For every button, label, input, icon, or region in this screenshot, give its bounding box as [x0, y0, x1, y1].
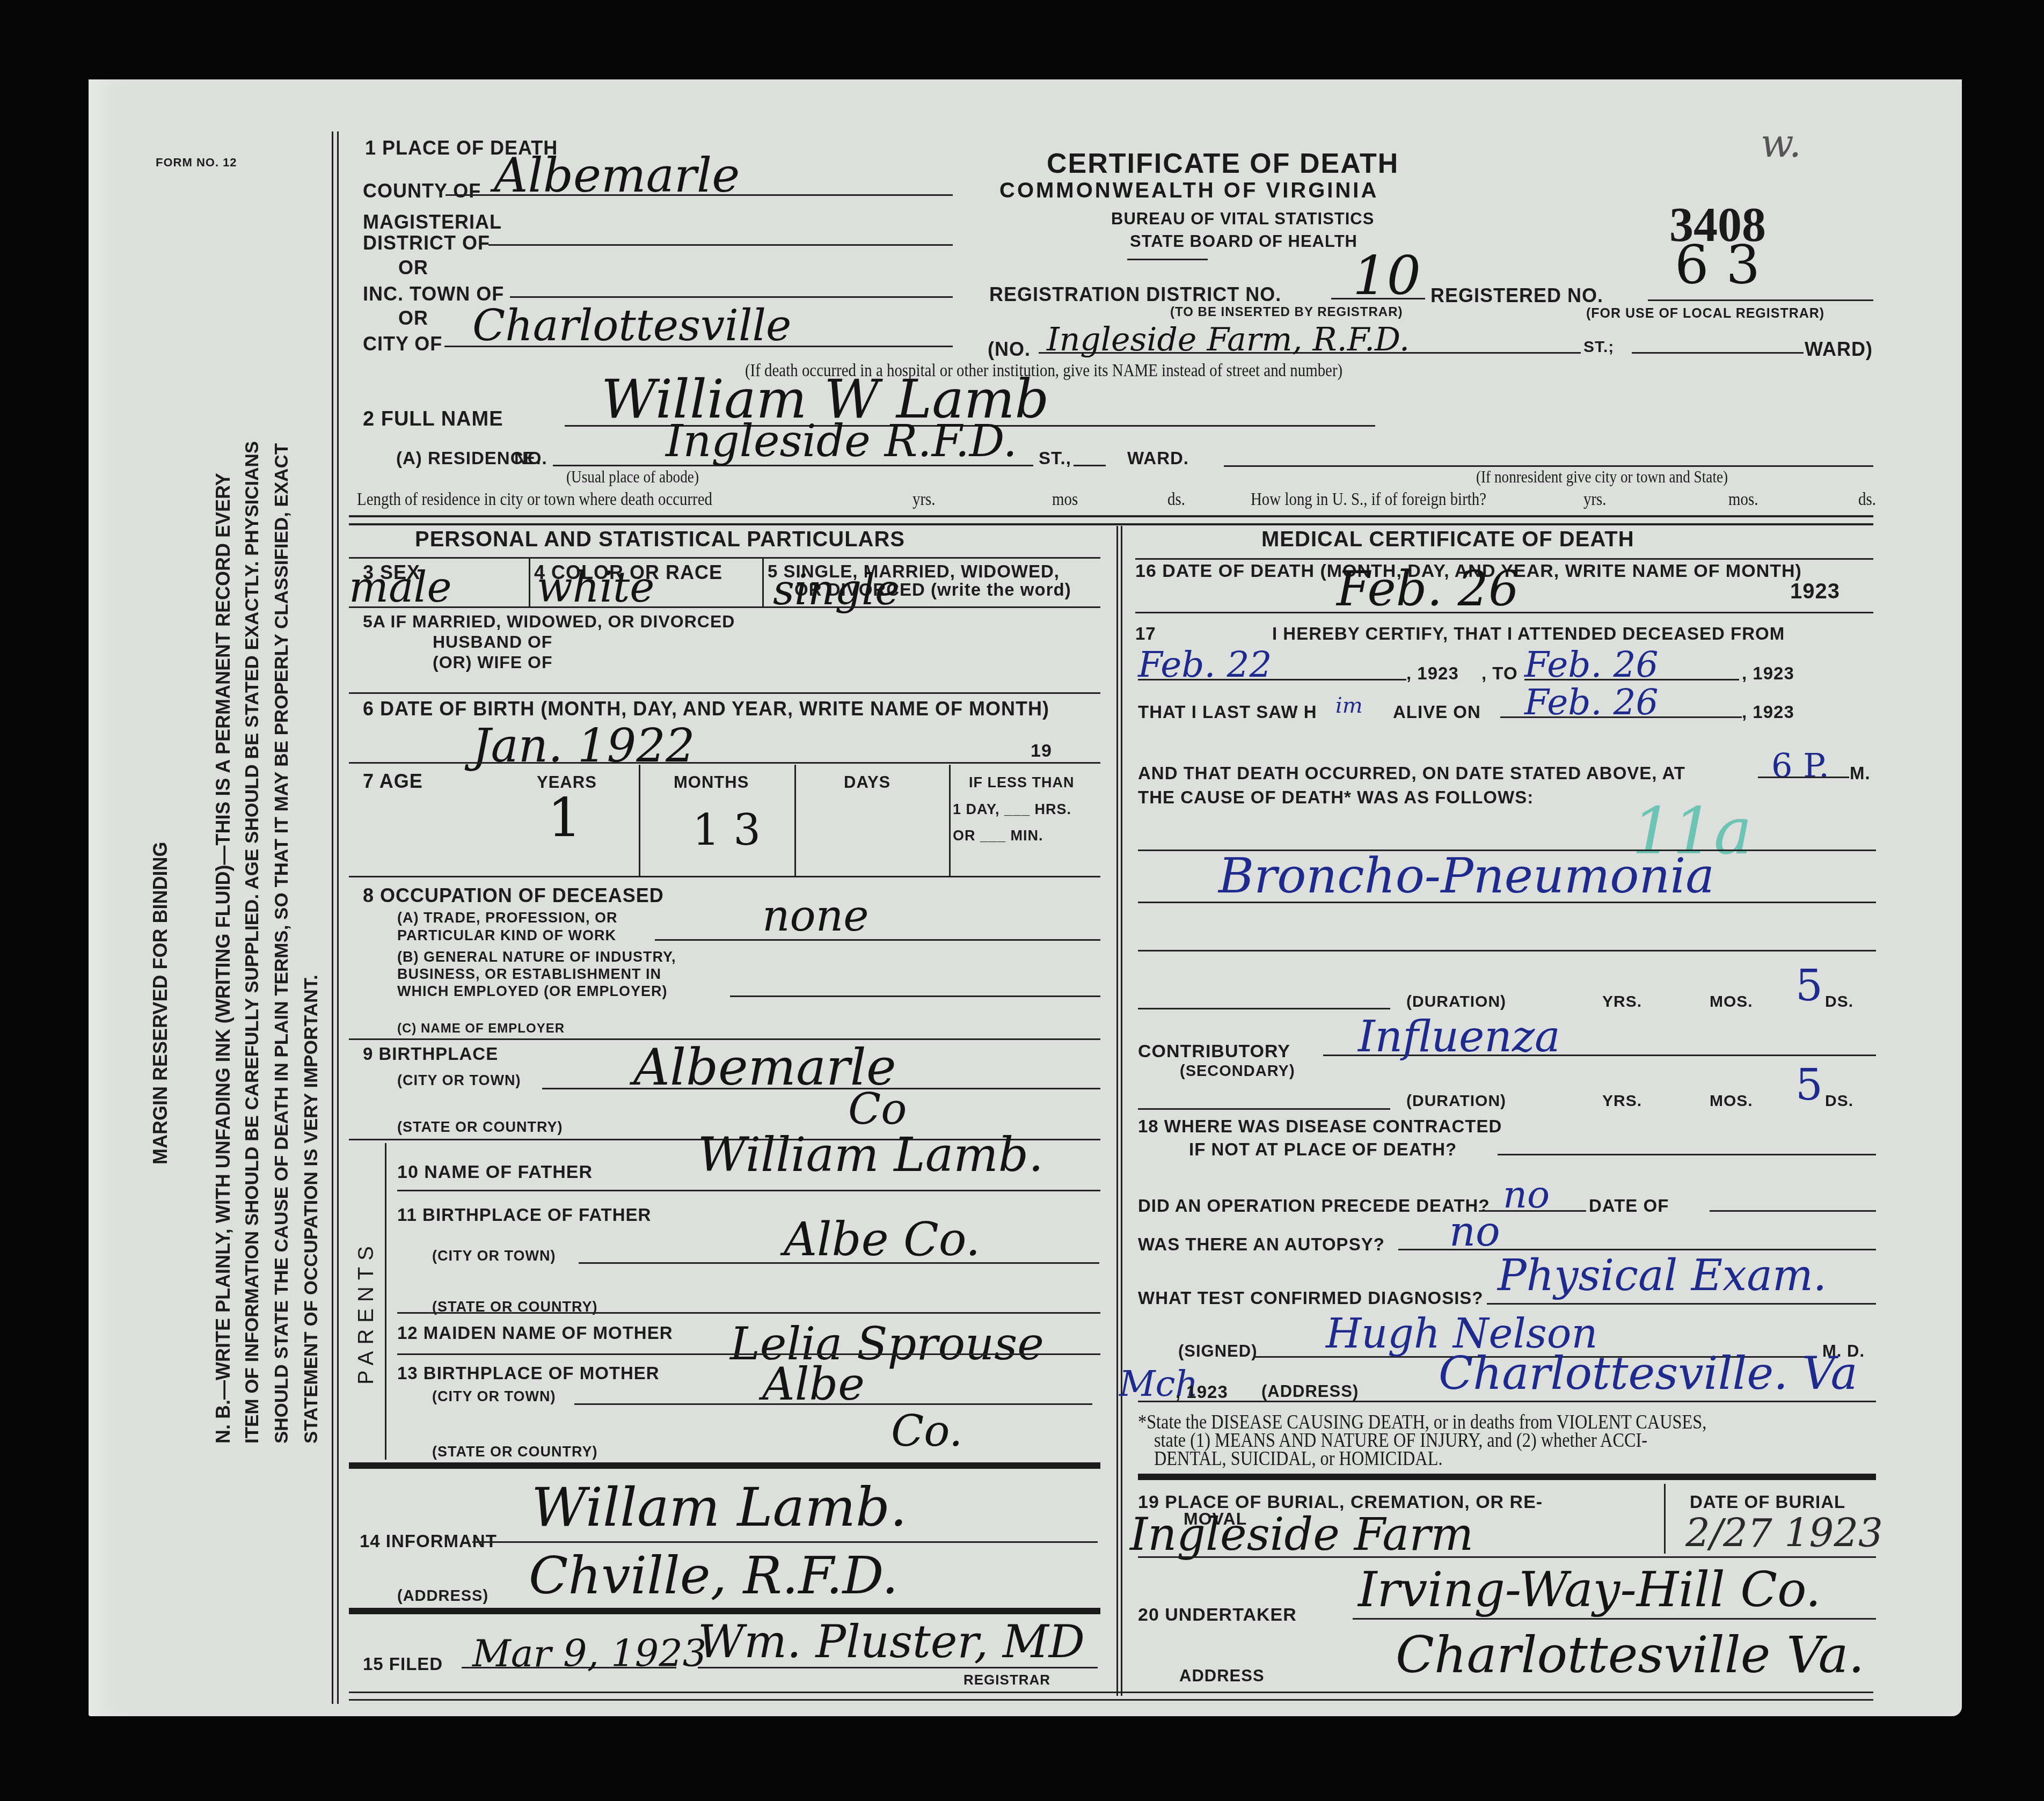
contracted-line [1498, 1154, 1876, 1155]
autopsy-value[interactable]: no [1449, 1207, 1500, 1255]
months-divider [794, 765, 796, 877]
dod-year: 1923 [1790, 580, 1840, 604]
informant-line [472, 1541, 1098, 1543]
footnote-line-3: DENTAL, SUICIDAL, or HOMICIDAL. [1154, 1447, 1442, 1470]
attended-from-line [1138, 679, 1406, 680]
header-double-rule-2 [349, 523, 1873, 525]
test-value[interactable]: Physical Exam. [1498, 1250, 1827, 1300]
parents-bracket [385, 1143, 386, 1460]
duration2-mos: MOS. [1710, 1092, 1753, 1110]
informant-thick-rule [349, 1608, 1100, 1614]
header-double-rule-1 [349, 515, 1873, 517]
medical-thick-rule [1138, 1474, 1876, 1480]
alive-on-label: ALIVE ON [1393, 702, 1481, 722]
duration-yrs: YRS. [1602, 993, 1642, 1011]
district-label: DISTRICT OF [363, 232, 490, 254]
undertaker-value[interactable]: Irving-Way-Hill Co. [1358, 1562, 1821, 1618]
occ-a-line-2: PARTICULAR KIND OF WORK [397, 927, 616, 944]
length-ds: ds. [1167, 489, 1185, 510]
certify-number: 17 [1135, 624, 1156, 644]
dod-rule [1135, 612, 1873, 613]
foreign-birth-label: How long in U. S., if of foreign birth? [1251, 489, 1486, 510]
instruction-line-1: N. B.—WRITE PLAINLY, WITH UNFADING INK (… [212, 473, 235, 1444]
occ-a-line-1: (A) TRADE, PROFESSION, OR [397, 910, 618, 926]
filed-label: 15 FILED [363, 1654, 443, 1674]
duration-label: (DURATION) [1406, 993, 1506, 1011]
medical-address-line [1138, 1401, 1876, 1402]
death-time-label: AND THAT DEATH OCCURRED, ON DATE STATED … [1138, 763, 1685, 784]
cause-rule-2 [1138, 902, 1876, 903]
occ-b-line-1: (B) GENERAL NATURE OF INDUSTRY, [397, 949, 676, 965]
years-divider [639, 765, 640, 877]
personal-header-rule [349, 557, 1100, 559]
street-label: ST.; [1583, 338, 1614, 356]
father-birthplace-label: 11 BIRTHPLACE OF FATHER [397, 1205, 651, 1225]
father-city-label: (CITY OR TOWN) [432, 1248, 556, 1264]
father-name-rule [397, 1190, 1100, 1191]
death-time-line [1758, 777, 1849, 778]
years-value[interactable]: 1 [547, 786, 582, 849]
duration-line-2 [1138, 1108, 1390, 1110]
occ-b-field-line [730, 995, 1100, 997]
instruction-line-4: STATEMENT OF OCCUPATION IS VERY IMPORTAN… [301, 975, 322, 1444]
title-rule [1127, 259, 1208, 260]
certify-label: I HEREBY CERTIFY, THAT I ATTENDED DECEAS… [1272, 624, 1785, 644]
residence-no-label: NO. [514, 448, 547, 468]
occ-b-line-3: WHICH EMPLOYED (OR EMPLOYER) [397, 983, 668, 1000]
medical-address-label: (ADDRESS) [1261, 1382, 1359, 1401]
undertaker-address-label: ADDRESS [1179, 1666, 1265, 1686]
reg-district-label: REGISTRATION DISTRICT NO. [989, 283, 1281, 306]
test-label: WHAT TEST CONFIRMED DIAGNOSIS? [1138, 1288, 1484, 1308]
mother-birthplace-label: 13 BIRTHPLACE OF MOTHER [397, 1363, 660, 1383]
mother-name-label: 12 MAIDEN NAME OF MOTHER [397, 1323, 673, 1343]
informant-address-label: (ADDRESS) [397, 1587, 488, 1605]
last-saw-pronoun[interactable]: im [1335, 693, 1363, 718]
parents-thick-rule [349, 1462, 1100, 1469]
signed-label: (SIGNED) [1178, 1342, 1258, 1361]
cause-label: THE CAUSE OF DEATH* WAS AS FOLLOWS: [1138, 787, 1534, 808]
age-row-rule [349, 876, 1100, 877]
form-number: FORM NO. 12 [156, 156, 237, 170]
instruction-line-2: ITEM OF INFORMATION SHOULD BE CAREFULLY … [242, 441, 263, 1444]
registered-no-value[interactable]: 6 3 [1675, 233, 1760, 296]
months-value[interactable]: 1 3 [692, 805, 761, 855]
medical-header-rule [1135, 558, 1873, 560]
to-label: , TO [1481, 663, 1518, 684]
days-label: DAYS [844, 773, 890, 792]
less-than-label-2: 1 DAY, ___ HRS. [953, 801, 1071, 818]
father-name-label: 10 NAME OF FATHER [397, 1162, 593, 1183]
duration2-label: (DURATION) [1406, 1092, 1506, 1110]
length-residence-label: Length of residence in city or town wher… [357, 489, 712, 510]
less-than-label-3: OR ___ MIN. [953, 828, 1043, 844]
or-text: OR [398, 257, 428, 279]
reg-district-note: (TO BE INSERTED BY REGISTRAR) [1170, 305, 1403, 320]
bottom-rule-1 [349, 1692, 1873, 1693]
spouse-label-3: (OR) WIFE OF [433, 653, 553, 672]
mother-birthplace-state-value[interactable]: Co. [891, 1406, 962, 1456]
ward-field-line [1632, 352, 1804, 354]
bureau-title: BUREAU OF VITAL STATISTICS [1111, 209, 1374, 229]
dob-value[interactable]: Jan. 1922 [472, 719, 695, 773]
to-year: , 1923 [1742, 663, 1794, 684]
duration-line-1 [1138, 1008, 1390, 1009]
autopsy-label: WAS THERE AN AUTOPSY? [1138, 1234, 1385, 1255]
registrar-signature[interactable]: Wm. Pluster, MD [698, 1615, 1085, 1668]
commonwealth-title: COMMONWEALTH OF VIRGINIA [999, 179, 1378, 203]
inc-town-field-line [510, 296, 953, 298]
dob-label: 6 DATE OF BIRTH (MONTH, DAY, AND YEAR, W… [363, 698, 1049, 720]
binding-margin-note: MARGIN RESERVED FOR BINDING [149, 842, 172, 1165]
undertaker-address-value[interactable]: Charlottesville Va. [1396, 1626, 1865, 1685]
occ-a-value[interactable]: none [762, 891, 869, 941]
last-saw-year: , 1923 [1742, 702, 1794, 722]
length-yrs: yrs. [912, 489, 936, 510]
dob-year-prefix: 19 [1031, 741, 1052, 762]
operation-label: DID AN OPERATION PRECEDE DEATH? [1138, 1196, 1490, 1216]
death-time-value[interactable]: 6 P. [1771, 746, 1829, 785]
burial-date-value[interactable]: 2/27 1923 [1685, 1511, 1883, 1556]
burial-date-label: DATE OF BURIAL [1690, 1492, 1845, 1512]
mother-name-rule [397, 1353, 1100, 1355]
instruction-line-3: SHOULD STATE THE CAUSE OF DEATH IN PLAIN… [271, 443, 293, 1444]
reg-district-value[interactable]: 10 [1353, 244, 1421, 307]
secondary-label: (SECONDARY) [1180, 1063, 1295, 1080]
residence-ward-label: WARD. [1127, 448, 1189, 468]
residence-value[interactable]: Ingleside R.F.D. [666, 416, 1017, 467]
foreign-mos: mos. [1728, 489, 1758, 510]
operation-value[interactable]: no [1503, 1173, 1550, 1217]
nonresident-note: (If nonresident give city or town and St… [1476, 467, 1728, 487]
registered-no-note: (FOR USE OF LOCAL REGISTRAR) [1586, 306, 1824, 321]
birthplace-label: 9 BIRTHPLACE [363, 1044, 498, 1064]
cause-value[interactable]: Broncho-Pneumonia [1218, 848, 1714, 904]
undertaker-label: 20 UNDERTAKER [1138, 1605, 1297, 1626]
full-name-label: 2 FULL NAME [363, 408, 503, 431]
informant-value[interactable]: Willam Lamb. [531, 1476, 907, 1539]
form-border-left-inner [337, 131, 339, 1704]
duration-mos: MOS. [1710, 993, 1753, 1011]
sex-divider [529, 558, 530, 606]
age-label: 7 AGE [363, 770, 423, 793]
date-of-label: DATE OF [1589, 1196, 1669, 1216]
occ-b-line-2: BUSINESS, OR ESTABLISHMENT IN [397, 966, 661, 983]
dob-row-rule [349, 762, 1100, 764]
race-divider [762, 558, 764, 606]
cause-rule-3 [1138, 950, 1876, 951]
race-value[interactable]: white [537, 563, 654, 612]
signed-year: , 1923 [1176, 1382, 1228, 1402]
foreign-ds: ds. [1858, 489, 1876, 510]
or-text-2: OR [398, 307, 428, 330]
bottom-rule-2 [349, 1699, 1873, 1701]
duration2-yrs: YRS. [1602, 1092, 1642, 1110]
street-no-value[interactable]: Ingleside Farm, R.F.D. [1047, 321, 1410, 358]
spouse-row-rule [349, 692, 1100, 694]
mother-city-label: (CITY OR TOWN) [432, 1388, 556, 1405]
registered-no-field-line [1648, 299, 1873, 301]
certificate-title: CERTIFICATE OF DEATH [1047, 148, 1399, 180]
less-than-label-1: IF LESS THAN [969, 774, 1075, 791]
occupation-label: 8 OCCUPATION OF DECEASED [363, 884, 664, 907]
registered-no-label: REGISTERED NO. [1430, 284, 1603, 307]
date-of-line [1710, 1210, 1876, 1212]
city-label: CITY OF [363, 333, 442, 355]
board-title: STATE BOARD OF HEALTH [1130, 232, 1357, 251]
last-saw-label: THAT I LAST SAW H [1138, 702, 1317, 722]
mother-birthplace-value[interactable]: Albe [762, 1358, 865, 1410]
contracted-label-1: 18 WHERE WAS DISEASE CONTRACTED [1138, 1116, 1502, 1137]
street-no-label: (NO. [988, 338, 1031, 361]
undertaker-line [1353, 1618, 1876, 1620]
parents-label: PARENTS [354, 1240, 378, 1385]
sex-row-rule [349, 606, 1100, 608]
duration2-ds-value[interactable]: 5 [1795, 1060, 1823, 1110]
m-label: M. [1850, 763, 1871, 784]
form-border-left [332, 131, 333, 1704]
test-line [1487, 1303, 1876, 1305]
days-divider [949, 765, 951, 877]
county-label: COUNTY OF [363, 180, 481, 202]
medical-header: MEDICAL CERTIFICATE OF DEATH [1261, 528, 1634, 552]
district-field-line [488, 244, 953, 246]
father-name-value[interactable]: William Lamb. [698, 1127, 1043, 1182]
birthplace-city-label: (CITY OR TOWN) [397, 1072, 521, 1089]
burial-place-value[interactable]: Ingleside Farm [1130, 1508, 1473, 1561]
father-birthplace-value[interactable]: Albe Co. [784, 1213, 980, 1266]
months-label: MONTHS [674, 773, 749, 792]
burial-divider [1664, 1484, 1666, 1554]
medical-address-value[interactable]: Charlottesville. Va [1439, 1347, 1858, 1400]
contracted-label-2: IF NOT AT PLACE OF DEATH? [1189, 1139, 1457, 1160]
occ-c-label: (C) NAME OF EMPLOYER [397, 1021, 565, 1036]
mother-state-label: (STATE OR COUNTRY) [432, 1444, 597, 1460]
occ-a-field-line [655, 939, 1100, 941]
column-divider [1116, 526, 1118, 1696]
contributory-value[interactable]: Influenza [1358, 1012, 1560, 1061]
duration2-ds: DS. [1825, 1092, 1853, 1110]
father-birthplace-rule [397, 1312, 1100, 1314]
attended-to-line [1524, 679, 1739, 680]
length-mos: mos [1052, 489, 1078, 510]
filed-value[interactable]: Mar 9, 1923 [472, 1631, 706, 1675]
abode-note: (Usual place of abode) [566, 467, 699, 487]
informant-address-value[interactable]: Chville, R.F.D. [529, 1546, 899, 1606]
last-saw-line [1500, 716, 1742, 718]
corner-mark: w. [1761, 121, 1801, 166]
contributory-label: CONTRIBUTORY [1138, 1041, 1290, 1062]
foreign-yrs: yrs. [1583, 489, 1607, 510]
ward-label: WARD) [1805, 338, 1873, 361]
spouse-label-1: 5A IF MARRIED, WIDOWED, OR DIVORCED [363, 612, 735, 632]
dod-value[interactable]: Feb. 26 [1337, 561, 1519, 617]
spouse-label-2: HUSBAND OF [433, 632, 552, 652]
duration-ds: DS. [1825, 993, 1853, 1011]
registrar-label: REGISTRAR [963, 1672, 1050, 1688]
birthplace-state-label: (STATE OR COUNTRY) [397, 1119, 563, 1136]
personal-header: PERSONAL AND STATISTICAL PARTICULARS [415, 528, 905, 552]
county-value[interactable]: Albemarle [494, 148, 740, 203]
duration-ds-value[interactable]: 5 [1795, 961, 1823, 1011]
city-value[interactable]: Charlottesville [472, 301, 791, 350]
column-divider-inner [1121, 526, 1122, 1696]
residence-st-label: ST., [1039, 448, 1071, 468]
sex-value[interactable]: male [349, 563, 452, 612]
from-year: , 1923 [1406, 663, 1459, 684]
burial-line [1138, 1556, 1876, 1558]
magisterial-label: MAGISTERIAL [363, 211, 502, 233]
residence-st-line [1074, 465, 1106, 466]
